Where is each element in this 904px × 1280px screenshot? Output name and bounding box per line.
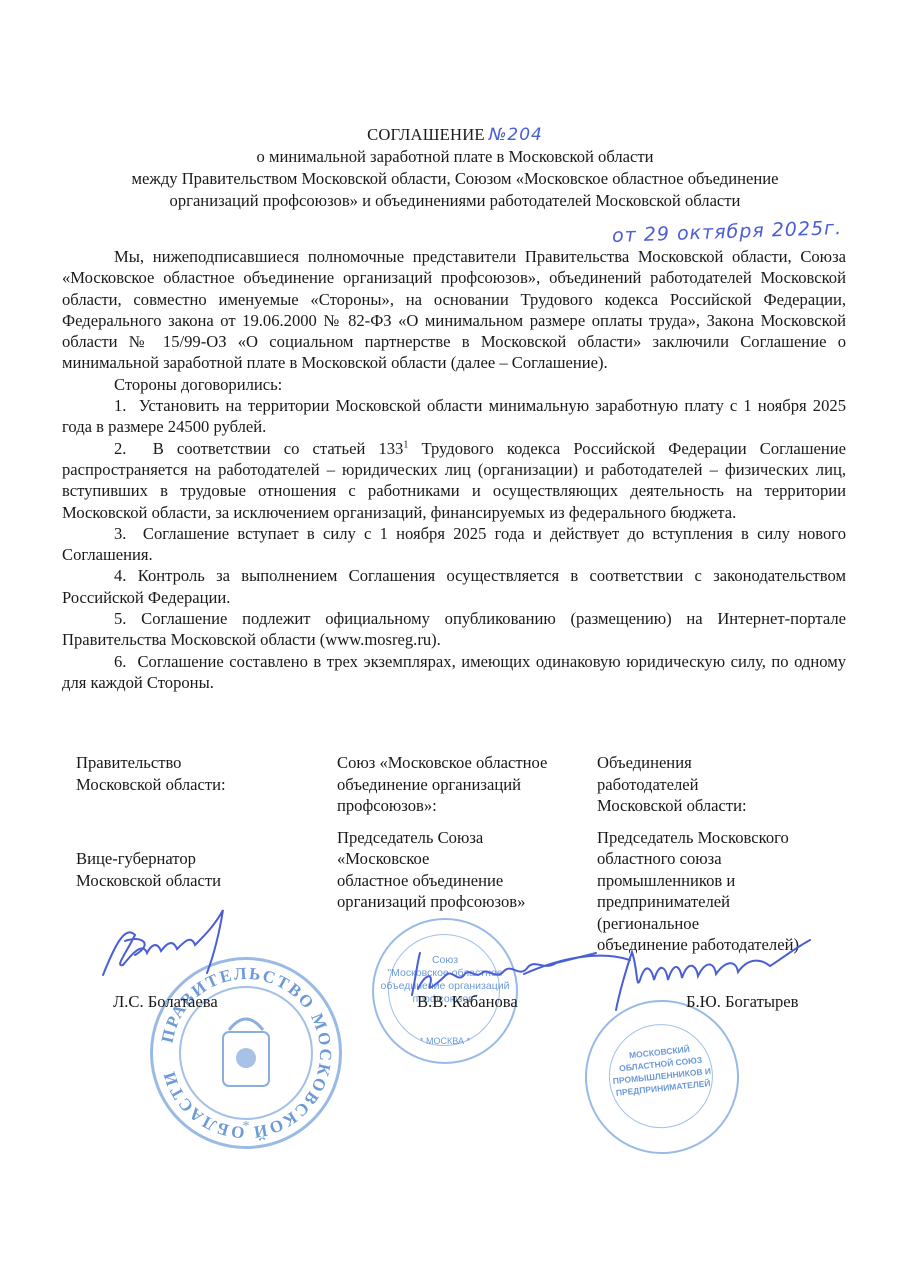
signatory-trade-union: Союз «Московское областное объединение о… (337, 752, 587, 913)
document-header: СОГЛАШЕНИЕ№204 о минимальной заработной … (60, 124, 850, 212)
subtitle-line-1: о минимальной заработной плате в Московс… (60, 146, 850, 168)
document-body: Мы, нижеподписавшиеся полномочные предст… (62, 246, 846, 693)
signatory-employers: Объединения работодателей Московской обл… (597, 752, 847, 956)
preamble-paragraph: Мы, нижеподписавшиеся полномочные предст… (62, 246, 846, 374)
handwritten-date: от 29 октября 2025г. (612, 217, 843, 247)
clause-2: 2. В соответствии со статьей 1331 Трудов… (62, 438, 846, 523)
signature-bolataeva (95, 905, 255, 985)
clause-4: 4. Контроль за выполнением Соглашения ос… (62, 565, 846, 608)
document-title-line: СОГЛАШЕНИЕ№204 (60, 124, 850, 146)
signatory-government: Правительство Московской области: Вице-г… (76, 752, 316, 891)
clause-5: 5. Соглашение подлежит официальному опуб… (62, 608, 846, 651)
svg-text:*: * (243, 1119, 250, 1134)
clause-6: 6. Соглашение составлено в трех экземпля… (62, 651, 846, 694)
document-title: СОГЛАШЕНИЕ (367, 125, 485, 144)
signatory-name-3: Б.Ю. Богатырев (686, 992, 799, 1012)
signatory-name-2: В.В. Кабанова (417, 992, 518, 1012)
handwritten-number: №204 (489, 125, 543, 145)
agreed-intro: Стороны договорились: (62, 374, 846, 395)
subtitle-line-3: организаций профсоюзов» и объединениями … (60, 190, 850, 212)
government-stamp: ПРАВИТЕЛЬСТВО МОСКОВСКОЙ ОБЛАСТИ * (150, 957, 342, 1149)
clause-1: 1. Установить на территории Московской о… (62, 395, 846, 438)
signatory-name-1: Л.С. Болатаева (113, 992, 218, 1012)
document-page: СОГЛАШЕНИЕ№204 о минимальной заработной … (0, 0, 904, 1280)
stamp-ring-text: ПРАВИТЕЛЬСТВО МОСКОВСКОЙ ОБЛАСТИ * (153, 960, 339, 1146)
clause-3: 3. Соглашение вступает в силу с 1 ноября… (62, 523, 846, 566)
subtitle-line-2: между Правительством Московской области,… (60, 168, 850, 190)
